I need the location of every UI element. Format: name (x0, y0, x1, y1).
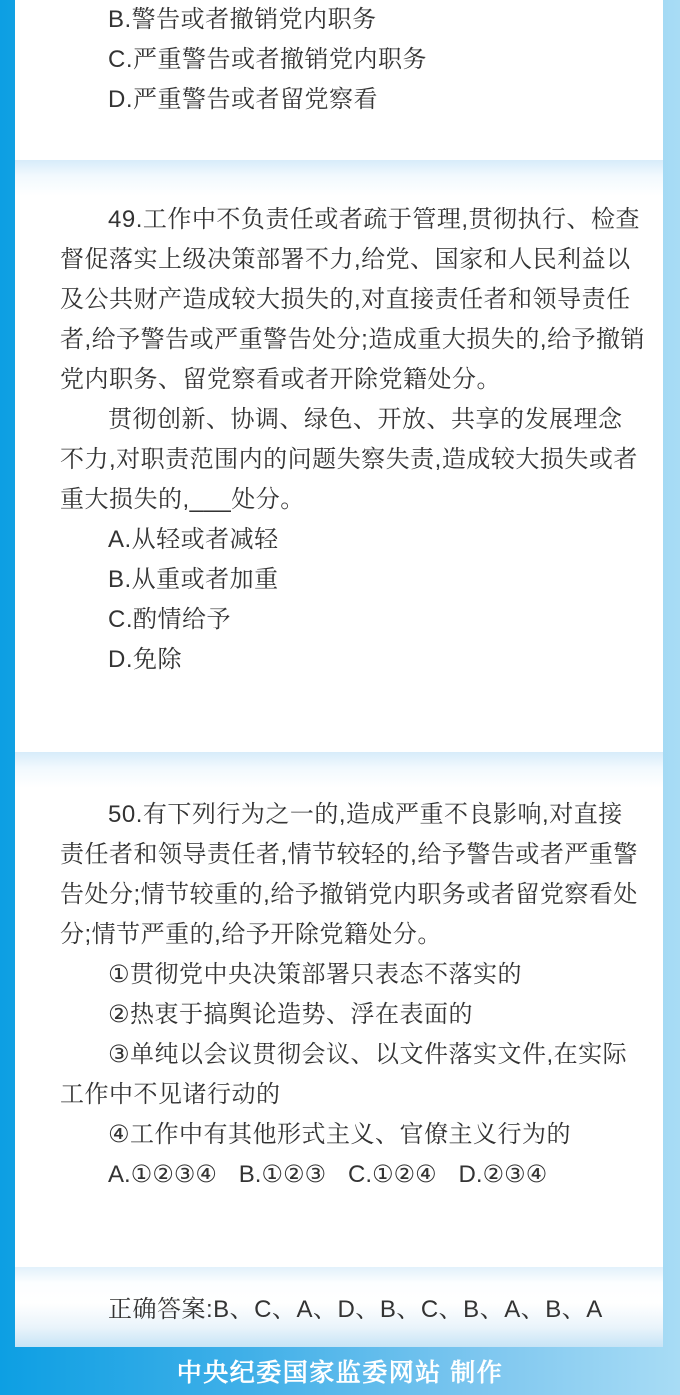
option-row: C.酌情给予 (60, 600, 645, 640)
answer-section: 正确答案:B、C、A、D、B、C、B、A、B、A (15, 1267, 663, 1347)
content-column: B.警告或者撤销党内职务C.严重警告或者撤销党内职务D.严重警告或者留党察看 4… (15, 0, 663, 1347)
previous-question-options-list: B.警告或者撤销党内职务C.严重警告或者撤销党内职务D.严重警告或者留党察看 (60, 0, 645, 120)
option-group: B.①②③ (239, 1155, 326, 1195)
option-row: B.警告或者撤销党内职务 (60, 0, 645, 40)
question-50-paragraphs: 50.有下列行为之一的,造成严重不良影响,对直接责任者和领导责任者,情节较轻的,… (60, 795, 645, 955)
option-row: B.从重或者加重 (60, 560, 645, 600)
numbered-item: ①贯彻党中央决策部署只表态不落实的 (60, 955, 645, 995)
question-49-paragraphs: 49.工作中不负责任或者疏于管理,贯彻执行、检查督促落实上级决策部署不力,给党、… (60, 200, 645, 520)
card-question-50: 50.有下列行为之一的,造成严重不良影响,对直接责任者和领导责任者,情节较轻的,… (15, 752, 663, 1267)
numbered-item: ③单纯以会议贯彻会议、以文件落实文件,在实际工作中不见诸行动的 (60, 1035, 645, 1115)
option-row: C.严重警告或者撤销党内职务 (60, 40, 645, 80)
card-question-49: 49.工作中不负责任或者疏于管理,贯彻执行、检查督促落实上级决策部署不力,给党、… (15, 160, 663, 752)
option-group: C.①②④ (348, 1155, 437, 1195)
numbered-item: ④工作中有其他形式主义、官僚主义行为的 (60, 1115, 645, 1155)
option-group: A.①②③④ (108, 1155, 217, 1195)
option-group: D.②③④ (459, 1155, 548, 1195)
correct-answers-text: 正确答案:B、C、A、D、B、C、B、A、B、A (60, 1290, 645, 1330)
card-previous-question: B.警告或者撤销党内职务C.严重警告或者撤销党内职务D.严重警告或者留党察看 (15, 0, 663, 160)
question-50-options-row: A.①②③④B.①②③C.①②④D.②③④ (60, 1155, 645, 1195)
question-49-options-list: A.从轻或者减轻B.从重或者加重C.酌情给予D.免除 (60, 520, 645, 680)
question-50-numbered-items: ①贯彻党中央决策部署只表态不落实的②热衷于搞舆论造势、浮在表面的③单纯以会议贯彻… (60, 955, 645, 1155)
question-paragraph: 49.工作中不负责任或者疏于管理,贯彻执行、检查督促落实上级决策部署不力,给党、… (60, 200, 645, 400)
option-row: A.从轻或者减轻 (60, 520, 645, 560)
page: B.警告或者撤销党内职务C.严重警告或者撤销党内职务D.严重警告或者留党察看 4… (0, 0, 680, 1395)
option-row: D.免除 (60, 640, 645, 680)
numbered-item: ②热衷于搞舆论造势、浮在表面的 (60, 995, 645, 1035)
option-row: D.严重警告或者留党察看 (60, 80, 645, 120)
footer-credit: 中央纪委国家监委网站 制作 (177, 1353, 503, 1389)
footer-bar: 中央纪委国家监委网站 制作 (0, 1347, 680, 1395)
question-paragraph: 贯彻创新、协调、绿色、开放、共享的发展理念不力,对职责范围内的问题失察失责,造成… (60, 400, 645, 520)
question-paragraph: 50.有下列行为之一的,造成严重不良影响,对直接责任者和领导责任者,情节较轻的,… (60, 795, 645, 955)
